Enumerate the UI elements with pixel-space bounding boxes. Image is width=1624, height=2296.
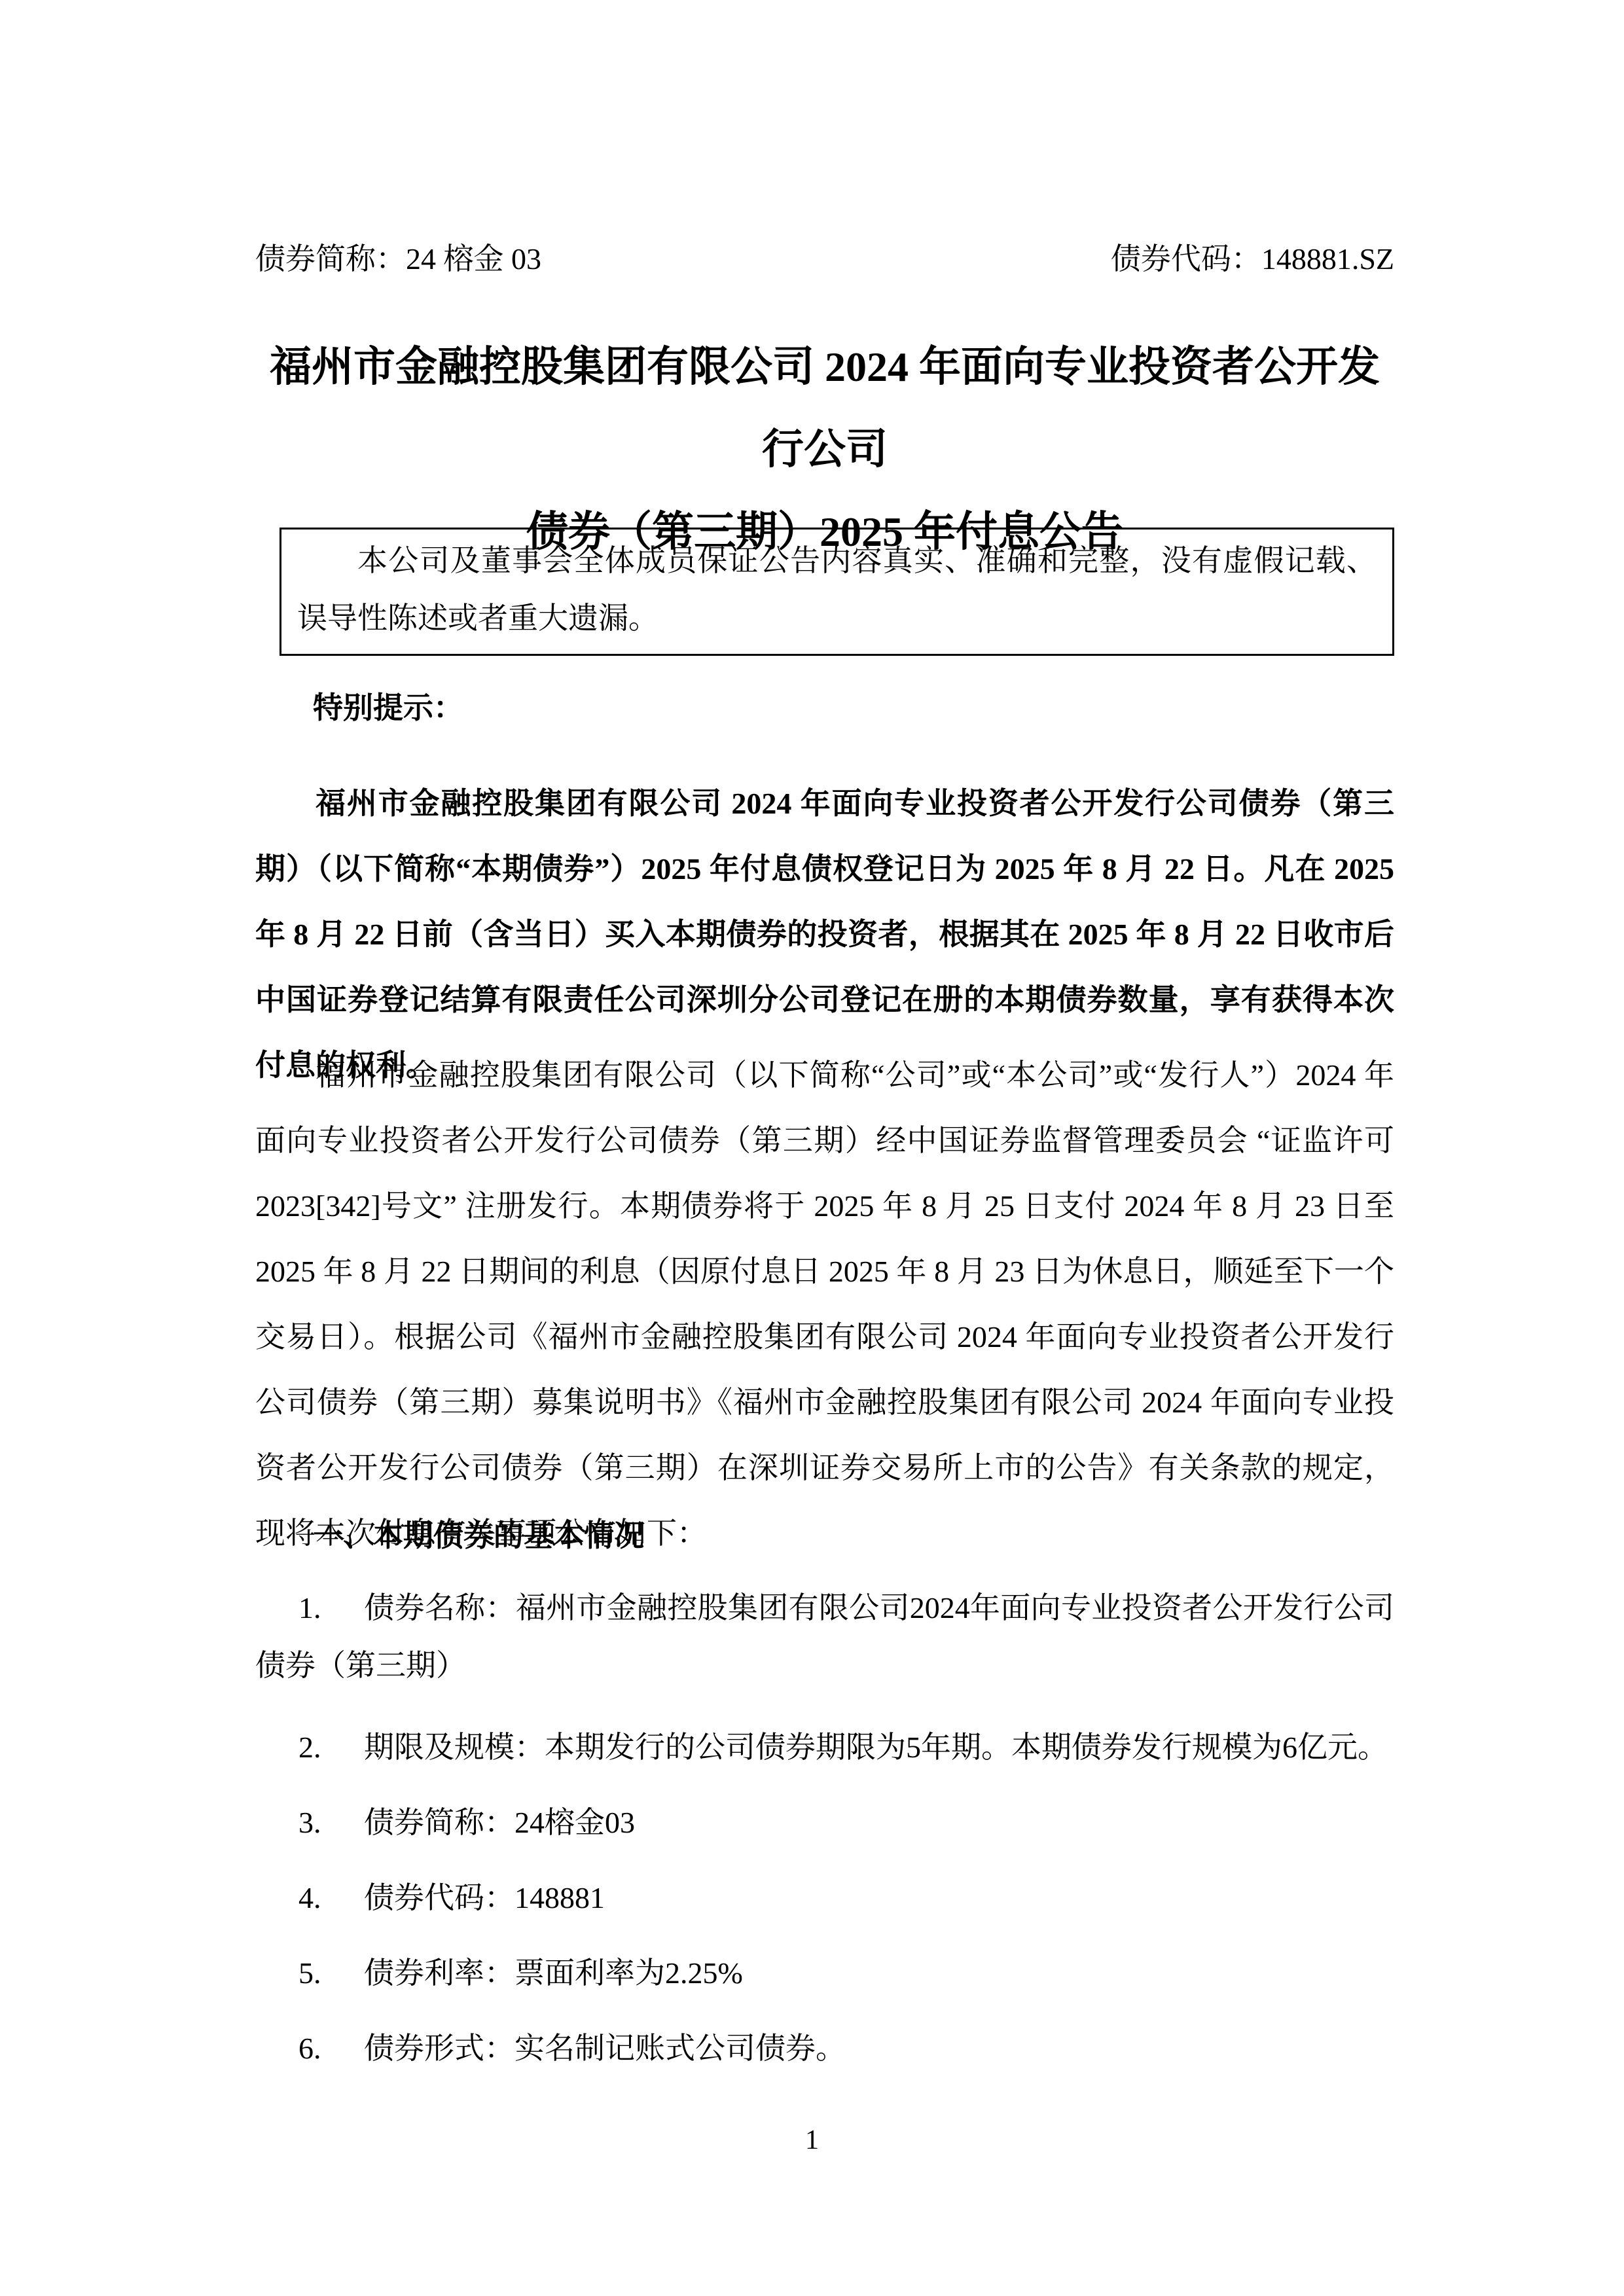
- section-heading-basic-info: 一、本期债券的基本情况: [255, 1507, 1394, 1565]
- list-item-text: 债券名称：福州市金融控股集团有限公司2024年面向专业投资者公开发行公司债券（第…: [255, 1591, 1394, 1682]
- disclaimer-box: 本公司及董事会全体成员保证公告内容真实、准确和完整，没有虚假记载、误导性陈述或者…: [280, 528, 1394, 656]
- list-item-bond-form: 6.债券形式：实名制记账式公司债券。: [255, 2020, 1394, 2077]
- disclaimer-text: 本公司及董事会全体成员保证公告内容真实、准确和完整，没有虚假记载、误导性陈述或者…: [297, 532, 1377, 647]
- list-item-bond-code: 4.债券代码：148881: [255, 1869, 1394, 1927]
- list-item-text: 债券利率：票面利率为2.25%: [364, 1956, 743, 1990]
- list-item-number: 4.: [298, 1869, 364, 1927]
- list-item-text: 债券代码：148881: [364, 1881, 605, 1914]
- list-item-text: 债券形式：实名制记账式公司债券。: [364, 2032, 846, 2065]
- list-item-number: 1.: [298, 1579, 364, 1637]
- list-item-text: 期限及规模：本期发行的公司债券期限为5年期。本期债券发行规模为6亿元。: [364, 1731, 1388, 1764]
- document-page: 债券简称：24 榕金 03 债券代码：148881.SZ 福州市金融控股集团有限…: [0, 0, 1624, 2296]
- list-item-term-scale: 2.期限及规模：本期发行的公司债券期限为5年期。本期债券发行规模为6亿元。: [255, 1719, 1394, 1776]
- title-line-1: 福州市金融控股集团有限公司 2024 年面向专业投资者公开发行公司: [255, 326, 1394, 491]
- list-item-bond-rate: 5.债券利率：票面利率为2.25%: [255, 1945, 1394, 2002]
- special-notice-heading: 特别提示：: [255, 679, 1394, 737]
- bond-info-list: 1.债券名称：福州市金融控股集团有限公司2024年面向专业投资者公开发行公司债券…: [255, 1579, 1394, 2077]
- list-item-number: 2.: [298, 1719, 364, 1776]
- list-item-bond-name: 1.债券名称：福州市金融控股集团有限公司2024年面向专业投资者公开发行公司债券…: [255, 1579, 1394, 1695]
- list-item-text: 债券简称：24榕金03: [364, 1806, 635, 1839]
- list-item-number: 6.: [298, 2020, 364, 2077]
- list-item-bond-abbr: 3.债券简称：24榕金03: [255, 1794, 1394, 1852]
- bond-abbreviation: 债券简称：24 榕金 03: [255, 230, 541, 288]
- page-number: 1: [0, 2121, 1624, 2160]
- document-header: 债券简称：24 榕金 03 债券代码：148881.SZ: [255, 230, 1394, 288]
- main-paragraph: 福州市金融控股集团有限公司（以下简称“公司”或“本公司”或“发行人”）2024 …: [255, 1043, 1394, 1566]
- list-item-number: 3.: [298, 1794, 364, 1852]
- list-item-number: 5.: [298, 1945, 364, 2002]
- bond-code: 债券代码：148881.SZ: [1111, 230, 1394, 288]
